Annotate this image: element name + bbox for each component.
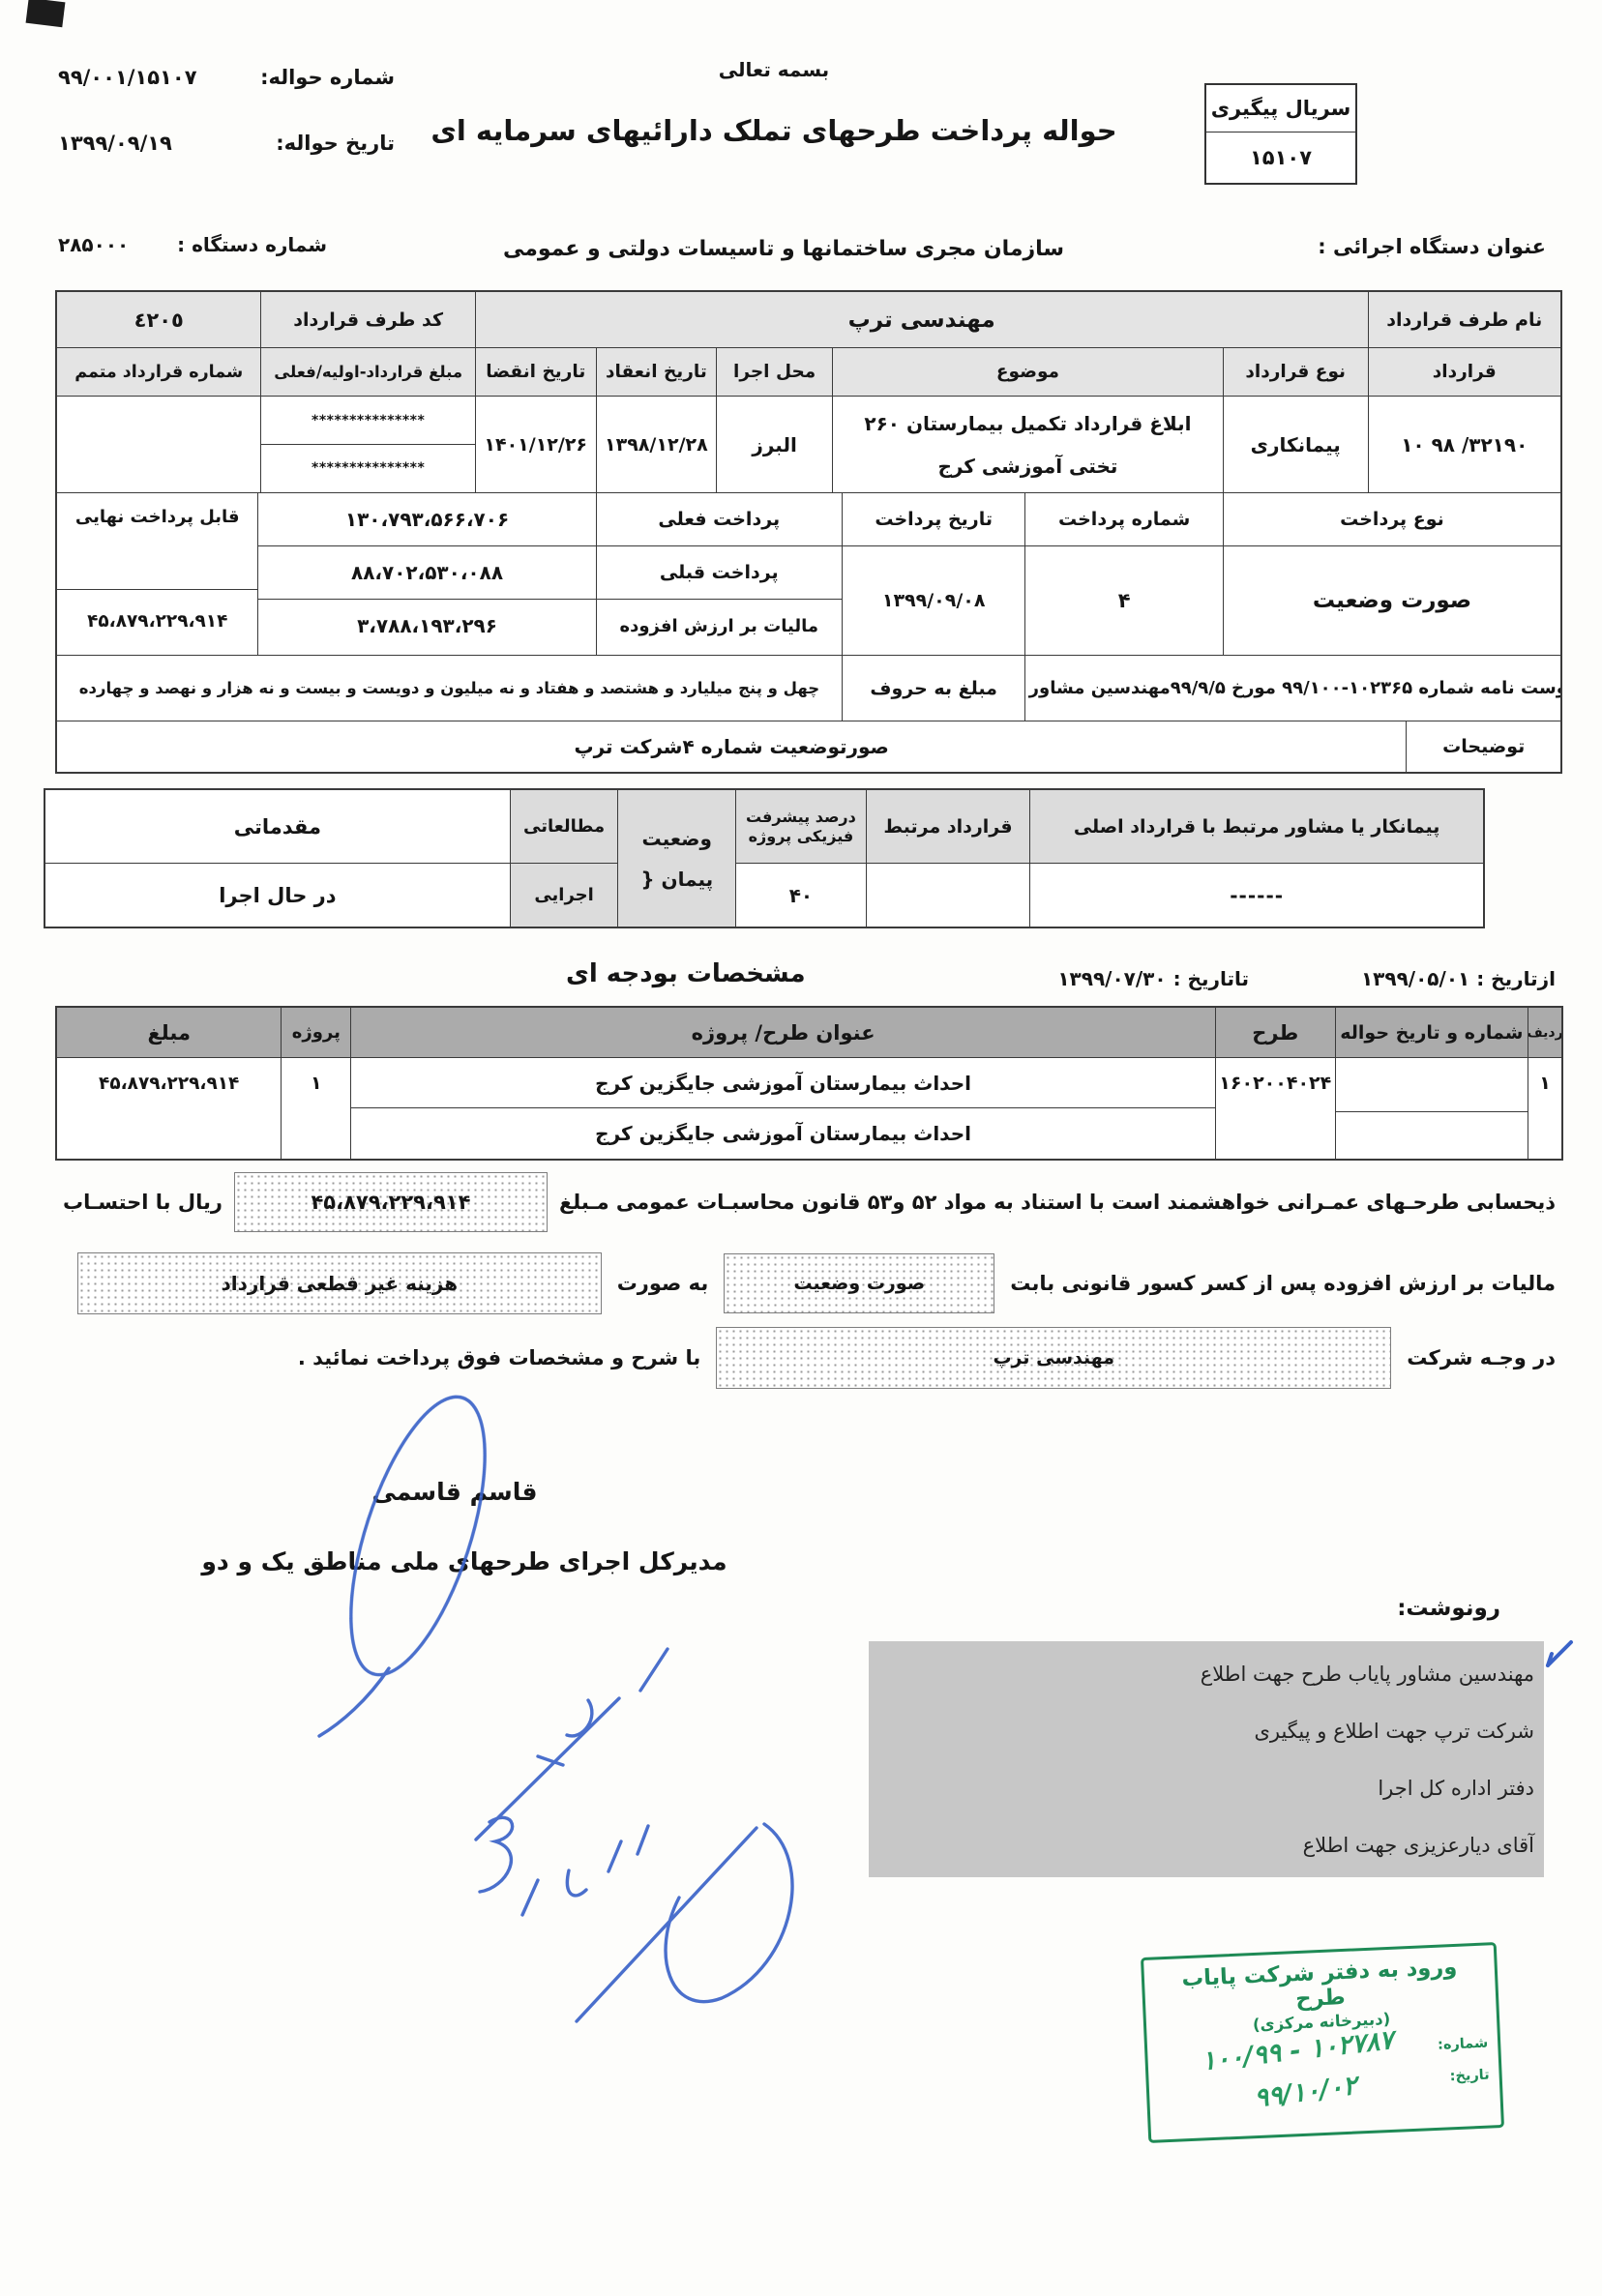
budget-amount-header: مبلغ xyxy=(57,1008,281,1057)
budget-row-index: ۱ xyxy=(1528,1058,1561,1108)
payment-order-document: سریال پیگیری ۱۵۱۰۷ بسمه تعالی حواله پردا… xyxy=(0,0,1602,2296)
budget-ref-header: شماره و تاریخ حواله xyxy=(1335,1008,1528,1057)
party-name-label: نام طرف قرارداد xyxy=(1368,292,1560,347)
amount-words-label: مبلغ به حروف xyxy=(842,656,1025,721)
device-number-value: ۲۸۵۰۰۰ xyxy=(58,233,129,256)
payment-number-header: شماره پرداخت xyxy=(1025,493,1222,546)
sign-date-header: تاریخ انعقاد xyxy=(596,348,717,396)
party-name-value: مهندسی ترپ xyxy=(475,292,1368,347)
amount-current-masked: *************** xyxy=(261,445,474,491)
budget-plan-header: طرح xyxy=(1215,1008,1335,1057)
order-line-3: در وجـه شرکت مهندسی ترپ با شرح و مشخصات … xyxy=(227,1327,1556,1389)
order-line2-prefix: مالیات بر ارزش افزوده پس از کسر کسور قان… xyxy=(1010,1272,1556,1295)
expiry-date-header: تاریخ انقضا xyxy=(475,348,596,396)
budget-ref-cell-top xyxy=(1336,1058,1528,1112)
expiry-date-value: ۱۴۰۱/۱۲/۲۶ xyxy=(475,397,596,492)
besmele-text: بسمه تعالی xyxy=(580,58,967,81)
serial-value: ۱۵۱۰۷ xyxy=(1206,132,1355,183)
order-line-2: مالیات بر ارزش افزوده پس از کسر کسور قان… xyxy=(77,1252,1556,1314)
order-line1-prefix: ذیحسابی طرحـهای عمـرانی خواهشمند است با … xyxy=(559,1191,1556,1214)
remittance-number-label: شماره حواله: xyxy=(260,66,395,89)
period-from: ازتاریخ : ۱۳۹۹/۰۵/۰۱ xyxy=(1361,967,1556,990)
order-line3-suffix: با شرح و مشخصات فوق پرداخت نمائید . xyxy=(298,1346,700,1369)
order-line-1: ذیحسابی طرحـهای عمـرانی خواهشمند است با … xyxy=(37,1172,1556,1232)
budget-title-line1: احداث بیمارستان آموزشی جایگزین کرج xyxy=(351,1058,1215,1108)
related-party-value: ------ xyxy=(1030,864,1483,927)
pact-state-word1: وضعیت xyxy=(642,827,712,850)
related-contract-header: قرارداد مرتبط xyxy=(867,790,1030,864)
related-party-header: پیمانکار یا مشاور مرتبط با قرارداد اصلی xyxy=(1030,790,1483,864)
period-to: تاتاریخ : ۱۳۹۹/۰۷/۳۰ xyxy=(1057,967,1249,990)
budget-amount-value: ۴۵،۸۷۹،۲۲۹،۹۱۴ xyxy=(57,1058,281,1108)
party-code-label: کد طرف قرارداد xyxy=(260,292,474,347)
budget-section-title: مشخصات بودجه ای xyxy=(566,959,806,988)
stamp-number-label: شماره: xyxy=(1438,2035,1489,2052)
device-number-label: شماره دستگاه : xyxy=(177,233,327,256)
expense-kind-box: هزینه غیر قطعی قرارداد xyxy=(77,1252,602,1314)
budget-table: ردیف شماره و تاریخ حواله طرح عنوان طرح/ … xyxy=(55,1006,1563,1161)
cc-label: رونوشت: xyxy=(1397,1596,1500,1621)
subject-value: ابلاغ قرارداد تکمیل بیمارستان ۲۶۰ تختی آ… xyxy=(832,397,1223,492)
contract-type-value: پیمانکاری xyxy=(1223,397,1368,492)
sign-date-value: ۱۳۹۸/۱۲/۲۸ xyxy=(596,397,717,492)
remittance-date-label: تاریخ حواله: xyxy=(276,132,395,155)
device-number-row: شماره دستگاه : ۲۸۵۰۰۰ xyxy=(58,233,327,256)
cc-item-3: دفتر اداره کل اجرا xyxy=(869,1759,1544,1816)
order-line3-prefix: در وجـه شرکت xyxy=(1407,1346,1556,1369)
document-title: حواله پرداخت طرحهای تملک دارائیهای سرمای… xyxy=(387,114,1161,147)
period-to-value: ۱۳۹۹/۰۷/۳۰ xyxy=(1057,967,1166,990)
addendum-header: شماره قرارداد متمم xyxy=(57,348,260,396)
subject-header: موضوع xyxy=(832,348,1223,396)
order-line2-middle: به صورت xyxy=(617,1272,709,1295)
budget-project-number: ۱ xyxy=(282,1058,350,1108)
cc-check-icon xyxy=(1548,1642,1571,1665)
scan-corner-mark xyxy=(26,0,66,27)
status-table: پیمانکار یا مشاور مرتبط با قرارداد اصلی … xyxy=(44,788,1485,928)
order-line1-suffix: ریال با احتسـاب xyxy=(63,1191,222,1214)
exec-phase-label: اجرایی xyxy=(511,864,618,927)
final-payable-label: قابل پرداخت نهایی xyxy=(57,493,257,590)
period-to-label: تاتاریخ : xyxy=(1173,967,1249,990)
pact-state-cell: وضعیت پیمان { xyxy=(618,790,735,927)
payment-date-header: تاریخ پرداخت xyxy=(843,493,1025,546)
period-from-label: ازتاریخ : xyxy=(1476,967,1556,990)
location-value: البرز xyxy=(716,397,832,492)
remarks-value: صورتوضعیت شماره ۴شرکت ترپ xyxy=(57,721,1406,772)
payment-type-value: صورت وضعیت xyxy=(1224,546,1560,654)
payment-type-header: نوع پرداخت xyxy=(1224,493,1560,546)
progress-header-line2: فیزیکی پروژه xyxy=(749,827,854,846)
contract-amount-header: مبلغ قرارداد-اولیه/فعلی xyxy=(260,348,474,396)
addendum-value-empty xyxy=(57,397,260,492)
progress-header-line1: درصد پیشرفت xyxy=(746,808,856,827)
budget-title-line2: احداث بیمارستان آموزشی جایگزین کرج xyxy=(351,1108,1215,1159)
attachment-note: پیوست نامه شماره ۱۰۲۳۶۵-۹۹/۱۰۰ مورخ ۹۹/۹… xyxy=(1024,656,1560,721)
previous-payment-label: پرداخت قبلی xyxy=(597,546,842,600)
stamp-date-label: تاریخ: xyxy=(1449,2067,1490,2084)
amount-words-value: چهل و پنج میلیارد و هشتصد و هفتاد و نه م… xyxy=(57,656,842,721)
remittance-date-row: تاریخ حواله: ۱۳۹۹/۰۹/۱۹ xyxy=(58,132,395,155)
vat-label: مالیات بر ارزش افزوده xyxy=(597,600,842,652)
remittance-number-value: ۹۹/۰۰۱/۱۵۱۰۷ xyxy=(58,66,197,89)
progress-header: درصد پیشرفت فیزیکی پروژه xyxy=(736,790,866,864)
remarks-label: توضیحات xyxy=(1406,721,1560,772)
progress-value: ۴۰ xyxy=(736,864,866,927)
cc-item-2: شرکت ترپ جهت اطلاع و پیگیری xyxy=(869,1702,1544,1759)
budget-plan-code: ۱۶۰۲۰۰۴۰۲۴ xyxy=(1216,1058,1335,1108)
cc-item-4: آقای دیارعزیزی جهت اطلاع xyxy=(869,1816,1544,1873)
period-from-value: ۱۳۹۹/۰۵/۰۱ xyxy=(1361,967,1469,990)
agency-label: عنوان دستگاه اجرائی : xyxy=(1318,235,1546,258)
current-payment-value: ۱۳۰،۷۹۳،۵۶۶،۷۰۶ xyxy=(258,493,595,546)
pact-state-word2: پیمان { xyxy=(640,868,713,891)
budget-row-header: ردیف xyxy=(1528,1008,1561,1057)
contract-type-header: نوع قرارداد xyxy=(1223,348,1368,396)
study-phase-label: مطالعاتی xyxy=(511,790,618,864)
contract-table: نام طرف قرارداد مهندسی ترپ کد طرف قراردا… xyxy=(55,290,1562,774)
amount-initial-masked: *************** xyxy=(261,397,474,445)
order-amount-box: ۴۵،۸۷۹،۲۲۹،۹۱۴ xyxy=(234,1172,548,1232)
cc-item-1: مهندسین مشاور پایاب طرح جهت اطلاع xyxy=(869,1645,1544,1702)
contract-col-header: قرارداد xyxy=(1368,348,1560,396)
payee-company-box: مهندسی ترپ xyxy=(716,1327,1391,1389)
vat-value: ۳،۷۸۸،۱۹۳،۲۹۶ xyxy=(258,600,595,652)
preliminary-label: مقدماتی xyxy=(45,790,510,864)
budget-ref-cell-bottom xyxy=(1336,1112,1528,1159)
payment-date-value: ۱۳۹۹/۰۹/۰۸ xyxy=(843,546,1025,654)
related-contract-value-empty xyxy=(867,864,1030,927)
current-payment-label: پرداخت فعلی xyxy=(597,493,842,546)
contract-number-value: ۱۰ ۹۸ /۳۲۱۹۰ xyxy=(1368,397,1560,492)
signatory-name: قاسم قاسمی xyxy=(310,1478,600,1506)
signatory-title: مدیرکل اجرای طرحهای ملی مناطق یک و دو xyxy=(145,1547,784,1575)
payment-basis-box: صورت وضعیت xyxy=(724,1253,994,1313)
registry-stamp: ورود به دفتر شرکت پایاب طرح (دبیرخانه مر… xyxy=(1141,1942,1504,2143)
final-payable-value: ۴۵،۸۷۹،۲۲۹،۹۱۴ xyxy=(57,590,257,652)
budget-title-header: عنوان طرح/ پروژه xyxy=(350,1008,1215,1057)
previous-payment-value: ۸۸،۷۰۲،۵۳۰،۰۸۸ xyxy=(258,546,595,600)
cc-list-block: مهندسین مشاور پایاب طرح جهت اطلاع شرکت ت… xyxy=(869,1641,1544,1877)
serial-tracking-box: سریال پیگیری ۱۵۱۰۷ xyxy=(1204,83,1357,185)
agency-name: سازمان مجری ساختمانها و تاسیسات دولتی و … xyxy=(455,237,1112,261)
payment-number-value: ۴ xyxy=(1025,546,1222,654)
party-code-value: ٤٢٠٥ xyxy=(57,292,260,347)
remittance-number-row: شماره حواله: ۹۹/۰۰۱/۱۵۱۰۷ xyxy=(58,66,395,89)
budget-project-header: پروژه xyxy=(281,1008,350,1057)
remittance-date-value: ۱۳۹۹/۰۹/۱۹ xyxy=(58,132,172,155)
serial-label: سریال پیگیری xyxy=(1206,85,1355,132)
in-progress-label: در حال اجرا xyxy=(45,864,510,927)
location-header: محل اجرا xyxy=(716,348,832,396)
